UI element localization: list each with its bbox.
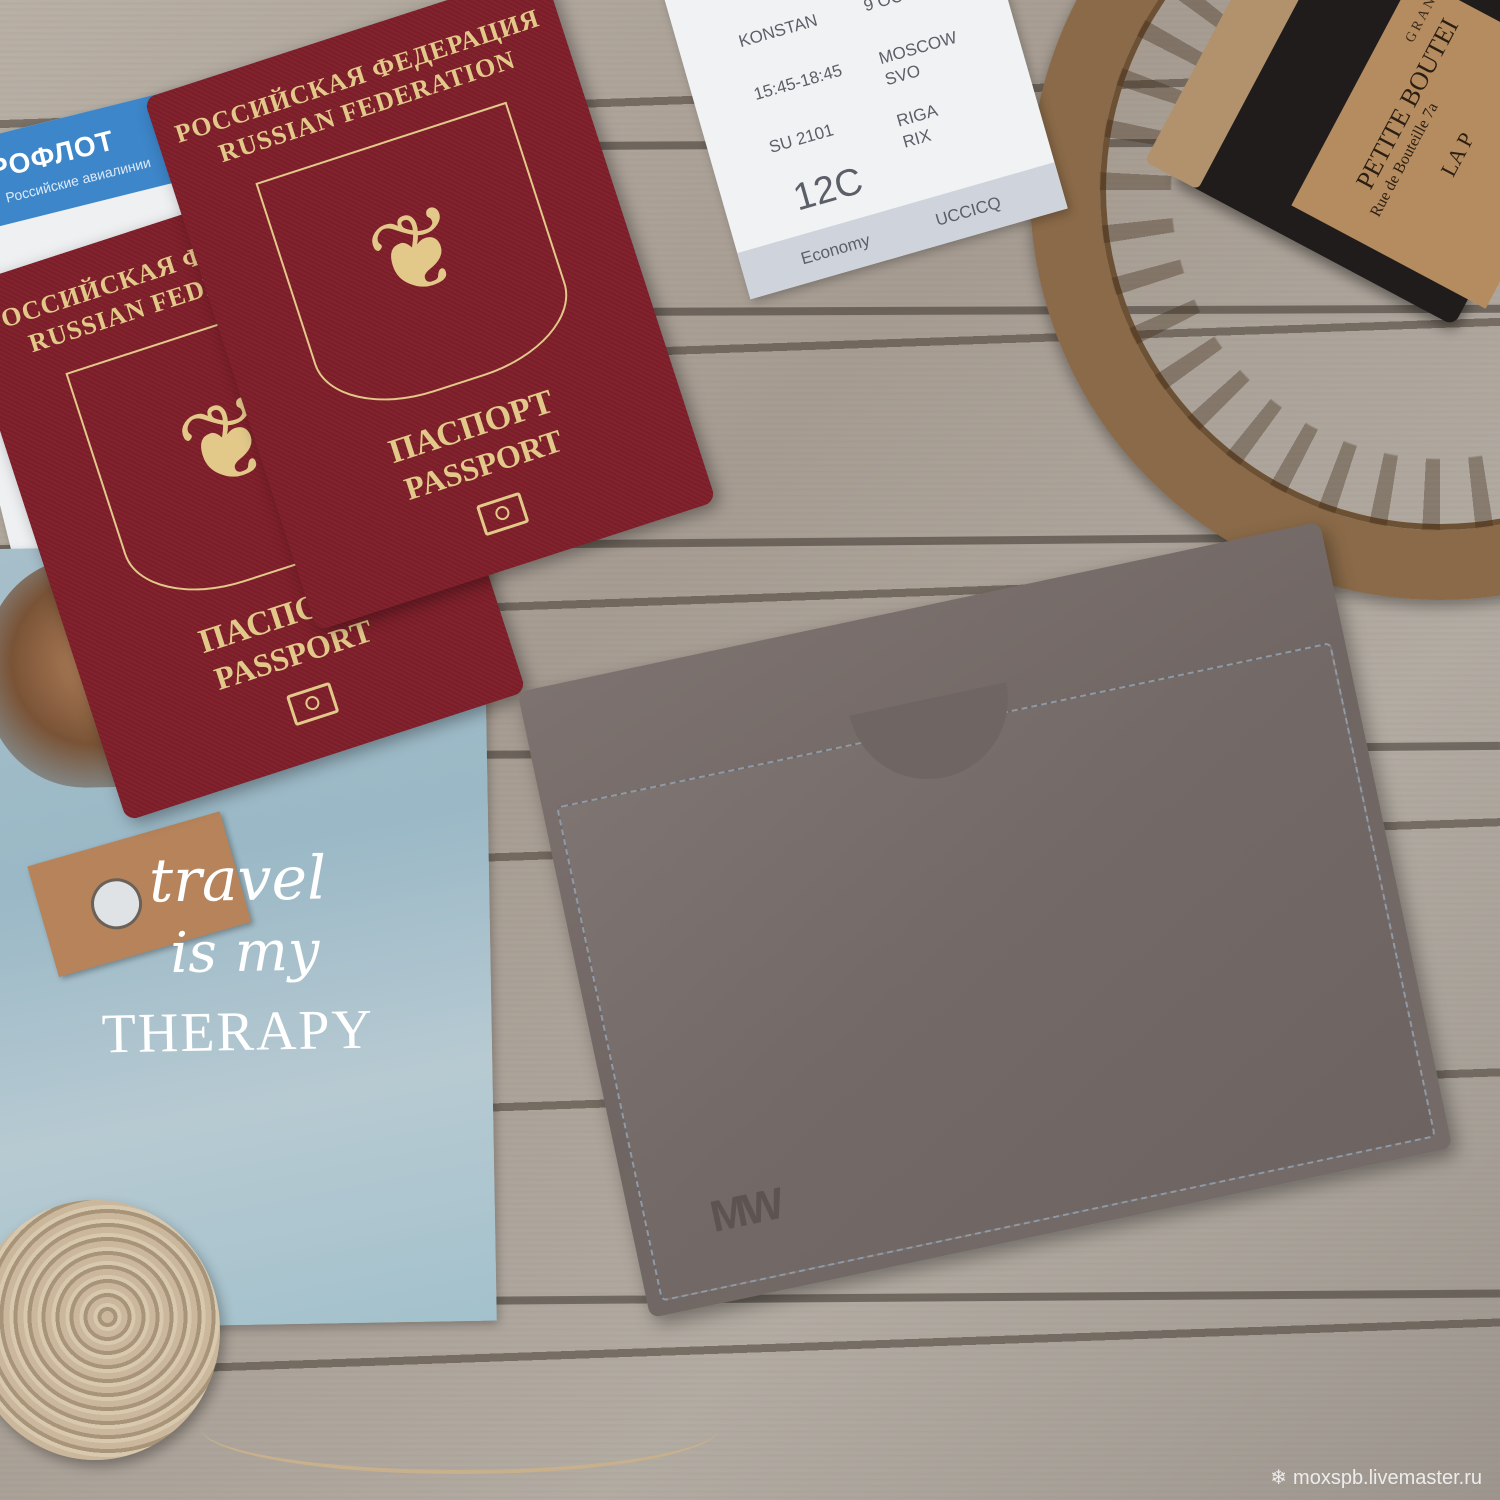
compass-icon — [85, 872, 148, 935]
biometric-chip-icon — [286, 682, 340, 727]
flight-number: SU 2101 — [767, 120, 836, 157]
flight-date: 9 OCT 16 — [861, 0, 937, 16]
travel-class: Economy — [799, 231, 873, 270]
postcard-line-3: THERAPY — [101, 998, 374, 1067]
snowflake-icon: ❄ — [1270, 1467, 1287, 1489]
twine-string — [200, 1380, 720, 1474]
biometric-chip-icon — [476, 492, 530, 537]
postcard-line-1: travel — [148, 843, 326, 916]
crest-frame: ❦ — [255, 102, 585, 425]
booking-code: UCCICQ — [933, 193, 1003, 231]
arrival-city: RIGA — [895, 101, 940, 132]
seat-number: 12C — [789, 160, 868, 221]
passenger-name: KONSTAN — [737, 11, 820, 53]
watermark-text: moxspb.livemaster.ru — [1293, 1467, 1482, 1489]
postcard-line-2: is my — [170, 919, 320, 987]
watermark: ❄moxspb.livemaster.ru — [1270, 1465, 1482, 1490]
jar-label-line: LA P — [1435, 128, 1479, 181]
eagle-emblem-icon: ❦ — [273, 152, 560, 354]
flight-time: 15:45-18:45 — [752, 61, 845, 105]
